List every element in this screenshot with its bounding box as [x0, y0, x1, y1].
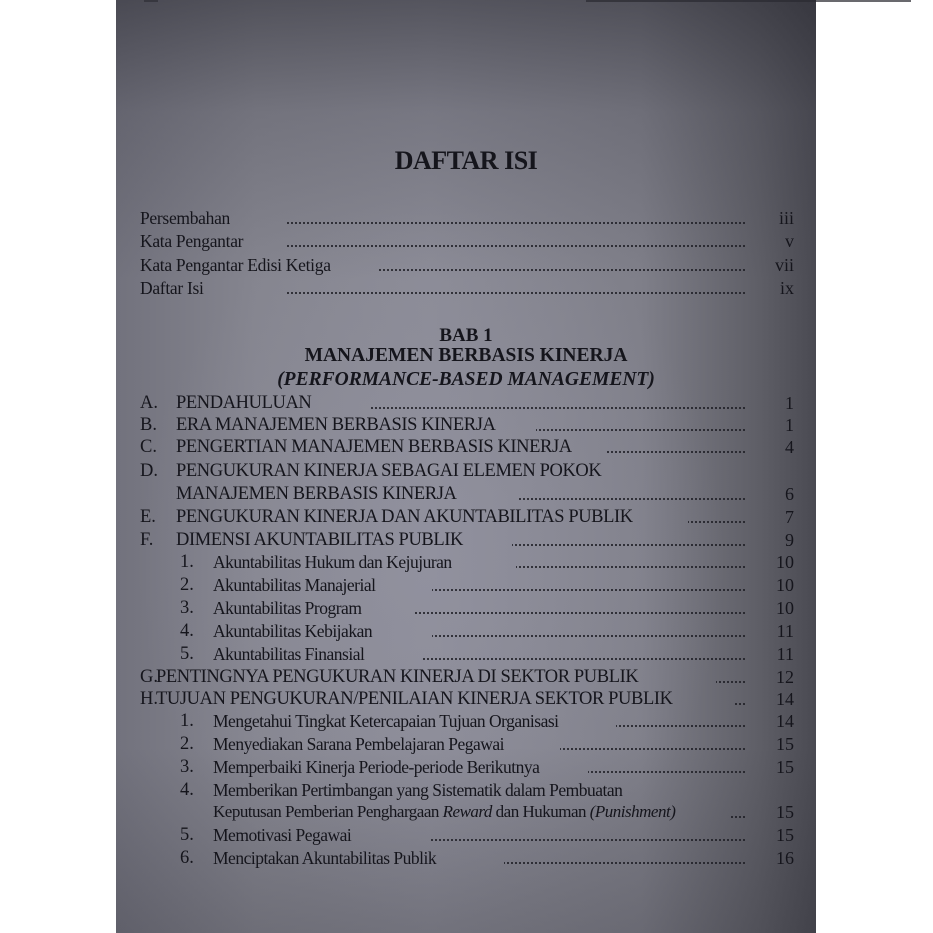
chapter-number: BAB 1 — [116, 326, 816, 345]
toc-item-f4[interactable]: 4. Akuntabilitas Kebijakan 11 — [116, 621, 816, 643]
item-label: Memperbaiki Kinerja Periode-periode Beri… — [213, 757, 539, 778]
dot-leader — [286, 211, 746, 225]
dot-leader — [688, 510, 746, 524]
page-number: 15 — [776, 757, 794, 778]
dot-leader — [536, 418, 746, 432]
page-number: 15 — [776, 734, 794, 755]
section-label-line2: MANAJEMEN BERBASIS KINERJA — [176, 484, 457, 505]
book-page: DAFTAR ISI Persembahan iii Kata Penganta… — [116, 0, 816, 933]
item-label: Memotivasi Pegawai — [213, 825, 351, 846]
item-number: 1. — [180, 552, 194, 573]
entry-label: Kata Pengantar — [140, 231, 243, 252]
item-number: 4. — [180, 621, 194, 642]
page-number: 7 — [785, 507, 794, 528]
item-number: 2. — [180, 575, 194, 596]
header-rule — [586, 0, 911, 2]
page-number: 1 — [785, 393, 794, 414]
item-label: Mengetahui Tingkat Ketercapaian Tujuan O… — [213, 711, 559, 732]
section-label: PENGUKURAN KINERJA DAN AKUNTABILITAS PUB… — [176, 507, 633, 528]
dot-leader — [378, 258, 746, 272]
item-label: Akuntabilitas Kebijakan — [213, 621, 372, 642]
item-number: 5. — [180, 825, 194, 846]
dot-leader — [606, 440, 746, 454]
toc-section-f[interactable]: F. DIMENSI AKUNTABILITAS PUBLIK 9 — [116, 530, 816, 552]
item-label: Akuntabilitas Finansial — [213, 644, 364, 665]
section-label: TUJUAN PENGUKURAN/PENILAIAN KINERJA SEKT… — [156, 689, 673, 710]
page-number: v — [785, 231, 794, 252]
item-number: 2. — [180, 734, 194, 755]
page-number: 15 — [776, 802, 794, 823]
item-number: 6. — [180, 848, 194, 869]
item-label: Menyediakan Sarana Pembelajaran Pegawai — [213, 734, 504, 755]
page-number: 16 — [776, 848, 794, 869]
toc-entry-kata-pengantar[interactable]: Kata Pengantar v — [116, 231, 816, 253]
section-label: PENDAHULUAN — [176, 393, 311, 414]
section-letter: C. — [140, 437, 157, 458]
item-label: Menciptakan Akuntabilitas Publik — [213, 848, 436, 869]
section-label: DIMENSI AKUNTABILITAS PUBLIK — [176, 530, 463, 551]
page-number: vii — [775, 255, 794, 276]
toc-item-f1[interactable]: 1. Akuntabilitas Hukum dan Kejujuran 10 — [116, 552, 816, 574]
page-number: 14 — [776, 711, 794, 732]
section-letter: B. — [140, 415, 157, 436]
toc-item-h6[interactable]: 6. Menciptakan Akuntabilitas Publik 16 — [116, 848, 816, 870]
section-letter: D. — [140, 461, 158, 482]
toc-section-b[interactable]: B. ERA MANAJEMEN BERBASIS KINERJA 1 — [116, 415, 816, 437]
toc-item-f5[interactable]: 5. Akuntabilitas Finansial 11 — [116, 644, 816, 666]
toc-section-c[interactable]: C. PENGERTIAN MANAJEMEN BERBASIS KINERJA… — [116, 437, 816, 459]
toc-item-h4-continued[interactable]: Keputusan Pemberian Penghargaan Reward d… — [116, 802, 816, 824]
page-number: iii — [779, 208, 794, 229]
dot-leader — [430, 828, 746, 842]
section-label: PENGERTIAN MANAJEMEN BERBASIS KINERJA — [176, 437, 572, 458]
item-label-line2: Keputusan Pemberian Penghargaan Reward d… — [213, 802, 675, 822]
dot-leader — [516, 555, 746, 569]
item-label: Akuntabilitas Program — [213, 598, 361, 619]
page-number: ix — [780, 278, 794, 299]
page-number: 12 — [776, 667, 794, 688]
dot-leader — [422, 647, 746, 661]
section-label: PENTINGNYA PENGUKURAN KINERJA DI SEKTOR … — [156, 667, 638, 688]
toc-item-h3[interactable]: 3. Memperbaiki Kinerja Periode-periode B… — [116, 757, 816, 779]
toc-section-d[interactable]: D. PENGUKURAN KINERJA SEBAGAI ELEMEN POK… — [116, 461, 816, 483]
page-number: 14 — [776, 689, 794, 710]
dot-leader — [588, 760, 746, 774]
page-number: 4 — [785, 437, 794, 458]
section-label: ERA MANAJEMEN BERBASIS KINERJA — [176, 415, 496, 436]
previous-page-edge — [144, 0, 158, 2]
item-number: 4. — [180, 780, 194, 801]
page-number: 9 — [785, 530, 794, 551]
item-label: Memberikan Pertimbangan yang Sistematik … — [213, 780, 622, 801]
section-letter: E. — [140, 507, 156, 528]
dot-leader — [734, 692, 746, 706]
toc-section-a[interactable]: A. PENDAHULUAN 1 — [116, 393, 816, 415]
dot-leader — [432, 624, 746, 638]
dot-leader — [286, 234, 746, 248]
toc-item-h1[interactable]: 1. Mengetahui Tingkat Ketercapaian Tujua… — [116, 711, 816, 733]
page-number: 10 — [776, 552, 794, 573]
section-letter: F. — [140, 530, 153, 551]
page-title: DAFTAR ISI — [116, 148, 816, 174]
dot-leader — [616, 714, 746, 728]
dot-leader — [504, 851, 746, 865]
item-number: 3. — [180, 598, 194, 619]
item-number: 1. — [180, 711, 194, 732]
toc-entry-daftar-isi[interactable]: Daftar Isi ix — [116, 278, 816, 300]
toc-section-e[interactable]: E. PENGUKURAN KINERJA DAN AKUNTABILITAS … — [116, 507, 816, 529]
dot-leader — [560, 737, 746, 751]
dot-leader — [286, 281, 746, 295]
toc-entry-persembahan[interactable]: Persembahan iii — [116, 208, 816, 230]
page-number: 6 — [785, 484, 794, 505]
entry-label: Persembahan — [140, 208, 230, 229]
page-number: 10 — [776, 575, 794, 596]
page-number: 11 — [777, 644, 794, 665]
dot-leader — [370, 396, 746, 410]
dot-leader — [432, 578, 746, 592]
toc-item-h2[interactable]: 2. Menyediakan Sarana Pembelajaran Pegaw… — [116, 734, 816, 756]
chapter-subtitle: (PERFORMANCE-BASED MANAGEMENT) — [116, 370, 816, 390]
item-label: Akuntabilitas Hukum dan Kejujuran — [213, 552, 452, 573]
page-number: 1 — [785, 415, 794, 436]
toc-section-g[interactable]: G. PENTINGNYA PENGUKURAN KINERJA DI SEKT… — [116, 667, 816, 689]
toc-section-d-continued[interactable]: MANAJEMEN BERBASIS KINERJA 6 — [116, 484, 816, 506]
item-number: 3. — [180, 757, 194, 778]
page-number: 15 — [776, 825, 794, 846]
page-number: 11 — [777, 621, 794, 642]
dot-leader — [729, 805, 746, 819]
entry-label: Daftar Isi — [140, 278, 204, 299]
toc-section-h[interactable]: H. TUJUAN PENGUKURAN/PENILAIAN KINERJA S… — [116, 689, 816, 711]
dot-leader — [518, 487, 746, 501]
toc-entry-kata-pengantar-edisi-ketiga[interactable]: Kata Pengantar Edisi Ketiga vii — [116, 255, 816, 277]
item-number: 5. — [180, 644, 194, 665]
dot-leader — [414, 601, 746, 615]
dot-leader — [716, 670, 746, 684]
entry-label: Kata Pengantar Edisi Ketiga — [140, 255, 331, 276]
item-label: Akuntabilitas Manajerial — [213, 575, 375, 596]
section-letter: A. — [140, 393, 158, 414]
toc-item-f2[interactable]: 2. Akuntabilitas Manajerial 10 — [116, 575, 816, 597]
page-number: 10 — [776, 598, 794, 619]
dot-leader — [512, 533, 746, 547]
toc-item-h4[interactable]: 4. Memberikan Pertimbangan yang Sistemat… — [116, 780, 816, 802]
toc-item-h5[interactable]: 5. Memotivasi Pegawai 15 — [116, 825, 816, 847]
section-label: PENGUKURAN KINERJA SEBAGAI ELEMEN POKOK — [176, 461, 601, 482]
chapter-title: MANAJEMEN BERBASIS KINERJA — [116, 346, 816, 366]
toc-item-f3[interactable]: 3. Akuntabilitas Program 10 — [116, 598, 816, 620]
